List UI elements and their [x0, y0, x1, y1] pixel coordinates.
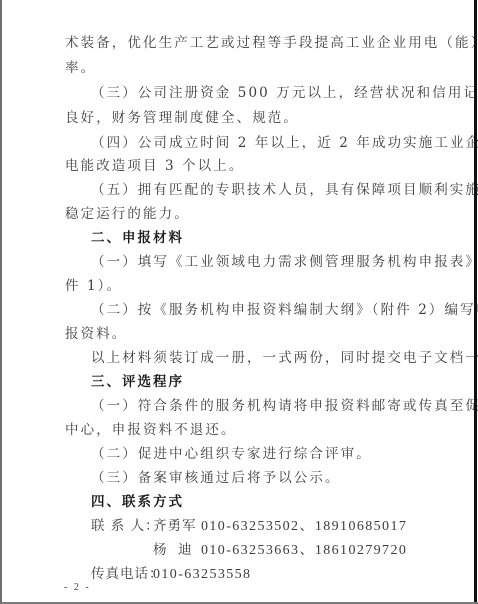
document-page: 术装备，优化生产工艺或过程等手段提高工业企业用电（能）效 率。 （三）公司注册资…: [0, 0, 478, 604]
paragraph-line: 电能改造项目 3 个以上。: [65, 158, 419, 174]
page-number: - 2 -: [64, 582, 91, 593]
fax-number: 010-63253558: [153, 567, 251, 582]
contact-row: 联 系 人：齐勇军010-63253502、18910685017: [91, 518, 407, 535]
paragraph-line: 以上材料须装订成一册，一式两份，同时提交电子文档一份。: [91, 350, 419, 366]
paragraph-line: （二）按《服务机构申报资料编制大纲》（附件 2）编写申: [91, 302, 419, 318]
paragraph-line: 稳定运行的能力。: [65, 206, 419, 222]
paragraph-line: 良好，财务管理制度健全、规范。: [65, 110, 419, 126]
section-heading-materials: 二、申报材料: [91, 230, 419, 246]
section-heading-procedure: 三、评选程序: [91, 374, 419, 390]
paragraph-line: （一）符合条件的服务机构请将申报资料邮寄或传真至促进: [91, 398, 419, 414]
paragraph-line: 中心，申报资料不退还。: [65, 422, 419, 438]
paragraph-line: （三）公司注册资金 500 万元以上，经营状况和信用记录: [91, 85, 419, 101]
paragraph-line: （四）公司成立时间 2 年以上，近 2 年成功实施工业企业: [91, 135, 419, 151]
fax-row: 传真电话：010-63253558: [91, 566, 251, 583]
paragraph-line: （二）促进中心组织专家进行综合评审。: [91, 446, 419, 462]
contact-label: 联 系 人：: [91, 518, 153, 534]
paragraph-line: 件 1）。: [65, 278, 419, 294]
paragraph-line: （三）备案审核通过后将予以公示。: [91, 470, 419, 486]
paragraph-line: 率。: [65, 60, 419, 76]
paragraph-line: （一）填写《工业领域电力需求侧管理服务机构申报表》（附: [91, 254, 419, 270]
section-heading-contact: 四、联系方式: [91, 494, 419, 510]
fax-label: 传真电话：: [91, 566, 153, 582]
contact-phones: 010-63253663、18610279720: [201, 543, 407, 558]
page-right-border: [474, 0, 477, 602]
contact-phones: 010-63253502、18910685017: [201, 519, 407, 534]
paragraph-line: 报资料。: [65, 326, 419, 342]
contact-row: 杨 迪010-63253663、18610279720: [91, 542, 407, 559]
contact-name: 杨 迪: [153, 542, 201, 558]
contact-name: 齐勇军: [153, 518, 201, 534]
paragraph-line: （五）拥有匹配的专职技术人员，具有保障项目顺利实施和: [91, 182, 419, 198]
paragraph-line: 术装备，优化生产工艺或过程等手段提高工业企业用电（能）效: [65, 35, 419, 51]
